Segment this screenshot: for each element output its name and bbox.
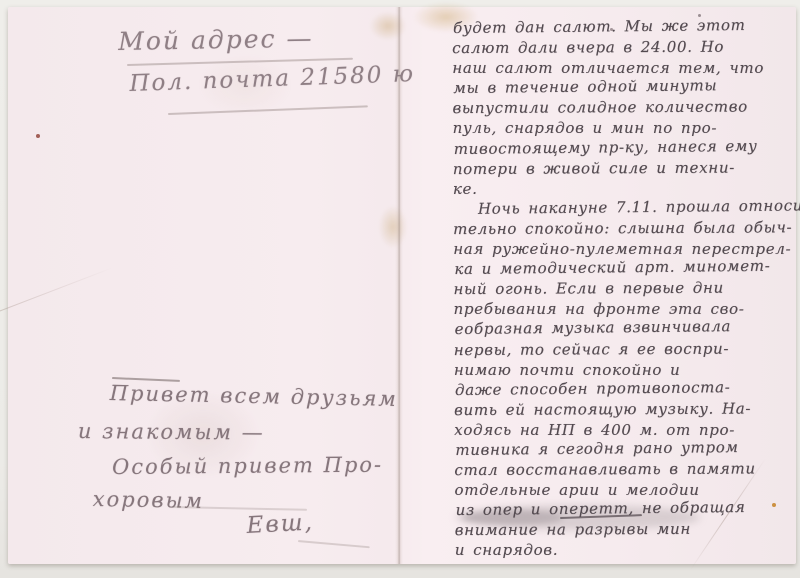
signature: Евш, — [246, 509, 315, 538]
address-heading: Мой адрес — — [118, 24, 314, 56]
letter-body-line: стал восстанавливать в памяти — [454, 458, 800, 480]
greeting-line-3: Особый привет Про- — [112, 453, 383, 479]
greeting-line-4: хоровым — [93, 487, 205, 513]
letter-body-line: тельно спокойно: слышна была обыч- — [453, 217, 800, 239]
letter-body-line: вить ей настоящую музыку. На- — [454, 398, 800, 420]
letter-body-line: тивника я сегодня рано утром — [455, 436, 800, 460]
letter-body-line: Ночь накануне 7.11. прошла относи- — [454, 195, 800, 219]
letter-body-line: и снарядов. — [455, 540, 800, 560]
greeting-line-2: и знакомым — — [78, 419, 265, 445]
letter-body-line: будет дан салют. Мы же этот — [453, 14, 800, 38]
letter-body: будет дан салют. Мы же этотсалют дали вч… — [452, 16, 800, 560]
letter-body-line: ка и методический арт. миномет- — [454, 255, 800, 279]
letter-body-line: ный огонь. Если в первые дни — [453, 277, 800, 299]
letter-body-line: потери в живой силе и техни- — [453, 157, 800, 179]
letter-body-line: даже способен противопоста- — [455, 376, 800, 400]
letter-body-line: из опер и оперетт, не обращая — [455, 497, 800, 521]
letter-body-line: салют дали вчера в 24.00. Но — [452, 36, 800, 58]
center-fold-crease — [395, 7, 403, 564]
speck — [36, 134, 40, 138]
letter-body-line: выпустили солидное количество — [452, 97, 800, 119]
letter-body-line: тивостоящему пр-ку, нанеся ему — [454, 135, 800, 159]
letter-body-line: нервы, то сейчас я ее воспри- — [454, 338, 800, 360]
letter-scan: Мой адрес — Пол. почта 21580 ю Привет вс… — [0, 0, 800, 578]
letter-body-line: мы в течение одной минуты — [453, 75, 800, 99]
letter-body-line: еобразная музыка взвинчивала — [455, 316, 800, 340]
letter-body-line: внимание на разрывы мин — [455, 519, 800, 541]
